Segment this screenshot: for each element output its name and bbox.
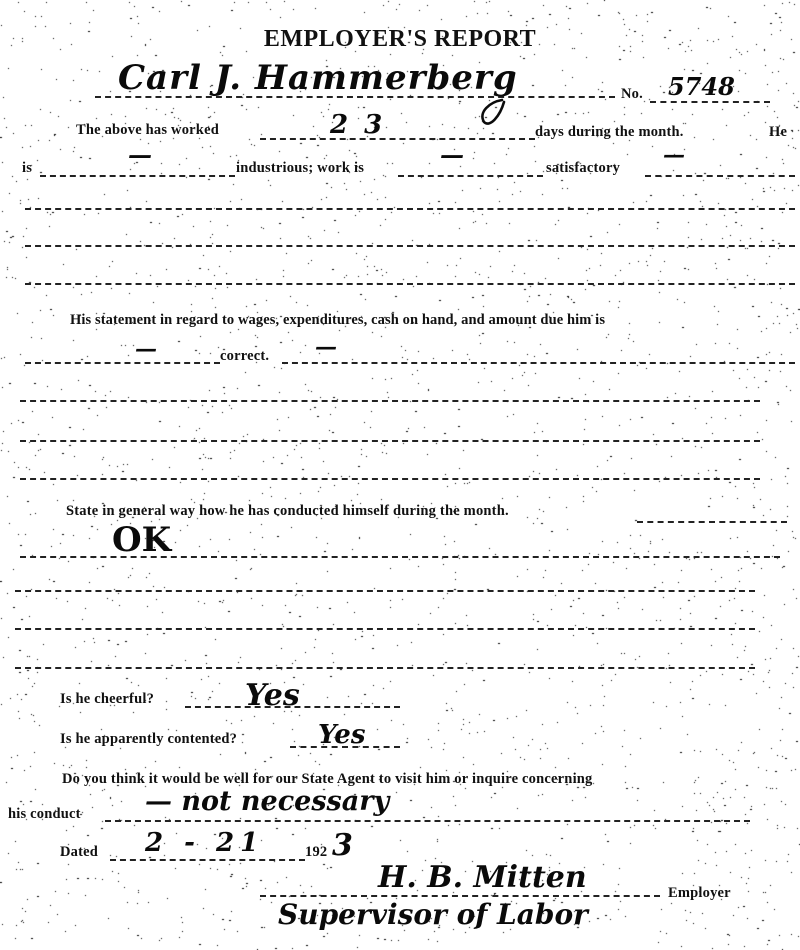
his-conduct-label: his conduct bbox=[8, 806, 81, 823]
blank-line bbox=[25, 283, 795, 285]
date-value: 2 - 21 bbox=[145, 828, 264, 858]
blank-line bbox=[20, 440, 760, 442]
cheerful-label: Is he cheerful? bbox=[60, 691, 154, 708]
satisfactory-value: — bbox=[663, 142, 685, 168]
stray-mark bbox=[460, 98, 520, 128]
employer-label: Employer bbox=[668, 885, 731, 902]
contented-label: Is he apparently contented? bbox=[60, 731, 237, 748]
blank-line bbox=[15, 590, 755, 592]
agent-line bbox=[105, 820, 750, 822]
employer-signature: H. B. Mitten bbox=[378, 860, 587, 895]
number-label: No. bbox=[621, 86, 643, 103]
statement-mark-right: — bbox=[315, 334, 337, 360]
blank-line bbox=[25, 245, 795, 247]
employee-name: Carl J. Hammerberg bbox=[118, 58, 518, 98]
signature-title: Supervisor of Labor bbox=[278, 898, 588, 931]
contented-value: Yes bbox=[318, 720, 365, 750]
blank-line bbox=[15, 628, 755, 630]
conduct-line-1 bbox=[637, 521, 787, 523]
he-label: He bbox=[769, 124, 787, 141]
days-worked-value: 23 bbox=[330, 110, 398, 140]
blank-line bbox=[25, 208, 795, 210]
blank-line bbox=[15, 667, 755, 669]
work-is-line bbox=[398, 175, 543, 177]
signature-line bbox=[260, 895, 660, 897]
agent-visit-value: — not necessary bbox=[145, 786, 389, 817]
cheerful-value: Yes bbox=[245, 678, 300, 713]
employee-number: 5748 bbox=[668, 72, 735, 101]
satisfactory-label: satisfactory bbox=[546, 160, 620, 177]
blank-line bbox=[20, 478, 760, 480]
correct-label: correct. bbox=[220, 348, 269, 365]
is-label: is bbox=[22, 160, 32, 177]
year-digit: 3 bbox=[332, 828, 353, 863]
statement-mark-left: — bbox=[135, 336, 157, 362]
dated-label: Dated bbox=[60, 844, 98, 861]
conduct-value: OK bbox=[112, 520, 171, 560]
days-worked-label: The above has worked bbox=[76, 122, 219, 139]
statement-prompt: His statement in regard to wages, expend… bbox=[70, 312, 605, 329]
satisfactory-line bbox=[645, 175, 795, 177]
number-line bbox=[650, 101, 770, 103]
conduct-prompt: State in general way how he has conducte… bbox=[66, 503, 509, 520]
year-prefix: 192 bbox=[305, 844, 327, 861]
page-title: EMPLOYER'S REPORT bbox=[0, 26, 800, 53]
work-is-value: — bbox=[440, 140, 464, 169]
statement-line-right bbox=[282, 362, 795, 364]
industrious-label: industrious; work is bbox=[236, 160, 364, 177]
statement-line-left bbox=[25, 362, 220, 364]
date-line bbox=[110, 859, 305, 861]
days-suffix-label: days during the month. bbox=[535, 124, 684, 141]
industrious-line bbox=[40, 175, 235, 177]
industrious-value: — bbox=[128, 140, 152, 169]
blank-line bbox=[20, 400, 760, 402]
